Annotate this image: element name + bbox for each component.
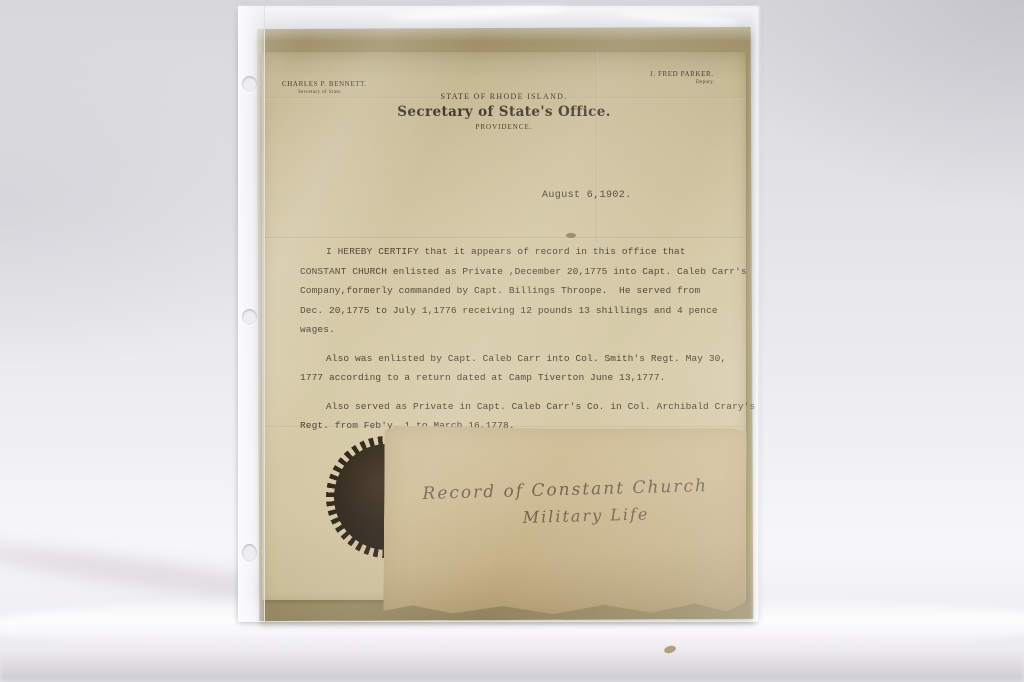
plastic-wrinkle bbox=[618, 10, 738, 26]
state-name: STATE OF RHODE ISLAND. bbox=[262, 92, 746, 101]
annotation-card: Record of Constant Church Military Life bbox=[383, 425, 746, 618]
office-name: Secretary of State's Office. bbox=[262, 104, 746, 120]
body-line: Also served as Private in Capt. Caleb Ca… bbox=[300, 397, 746, 417]
plastic-wrinkle bbox=[388, 3, 568, 22]
plastic-edge-highlight bbox=[750, 6, 760, 622]
fabric-bottom-shadow bbox=[0, 652, 1024, 682]
letterhead-right: J. FRED PARKER. Deputy. bbox=[650, 70, 714, 85]
deputy-title: Deputy. bbox=[696, 80, 714, 85]
handwritten-subtitle: Military Life bbox=[426, 502, 746, 530]
letter-body: I HEREBY CERTIFY that it appears of reco… bbox=[300, 242, 746, 445]
punch-hole bbox=[242, 76, 257, 92]
letter-date: August 6,1902. bbox=[542, 190, 632, 201]
secretary-name: CHARLES P. BENNETT. bbox=[282, 80, 367, 88]
city-name: PROVIDENCE. bbox=[262, 123, 746, 131]
body-line: Dec. 20,1775 to July 1,1776 receiving 12… bbox=[300, 301, 746, 321]
body-line: 1777 according to a return dated at Camp… bbox=[300, 368, 746, 388]
body-line: CONSTANT CHURCH enlisted as Private ,Dec… bbox=[300, 262, 746, 282]
body-line: I HEREBY CERTIFY that it appears of reco… bbox=[300, 242, 746, 262]
punch-hole bbox=[242, 309, 257, 325]
letterhead-center: STATE OF RHODE ISLAND. Secretary of Stat… bbox=[262, 92, 746, 131]
sheet-protector: CHARLES P. BENNETT. Secretary of State. … bbox=[238, 6, 758, 622]
vertical-crease bbox=[596, 52, 598, 242]
handwritten-title: Record of Constant Church bbox=[384, 475, 746, 505]
horizontal-fold-crease bbox=[262, 237, 746, 239]
punch-hole bbox=[242, 544, 257, 562]
photo-of-archival-document: CHARLES P. BENNETT. Secretary of State. … bbox=[0, 0, 1024, 682]
deputy-name: J. FRED PARKER. bbox=[650, 70, 714, 78]
paragraph-1: I HEREBY CERTIFY that it appears of reco… bbox=[300, 242, 746, 340]
paper-nick bbox=[566, 233, 576, 238]
body-line: wages. bbox=[300, 320, 746, 340]
binding-strip bbox=[238, 6, 265, 622]
paragraph-2: Also was enlisted by Capt. Caleb Carr in… bbox=[300, 349, 746, 388]
body-line: Company,formerly commanded by Capt. Bill… bbox=[300, 281, 746, 301]
body-line: Also was enlisted by Capt. Caleb Carr in… bbox=[300, 349, 746, 369]
